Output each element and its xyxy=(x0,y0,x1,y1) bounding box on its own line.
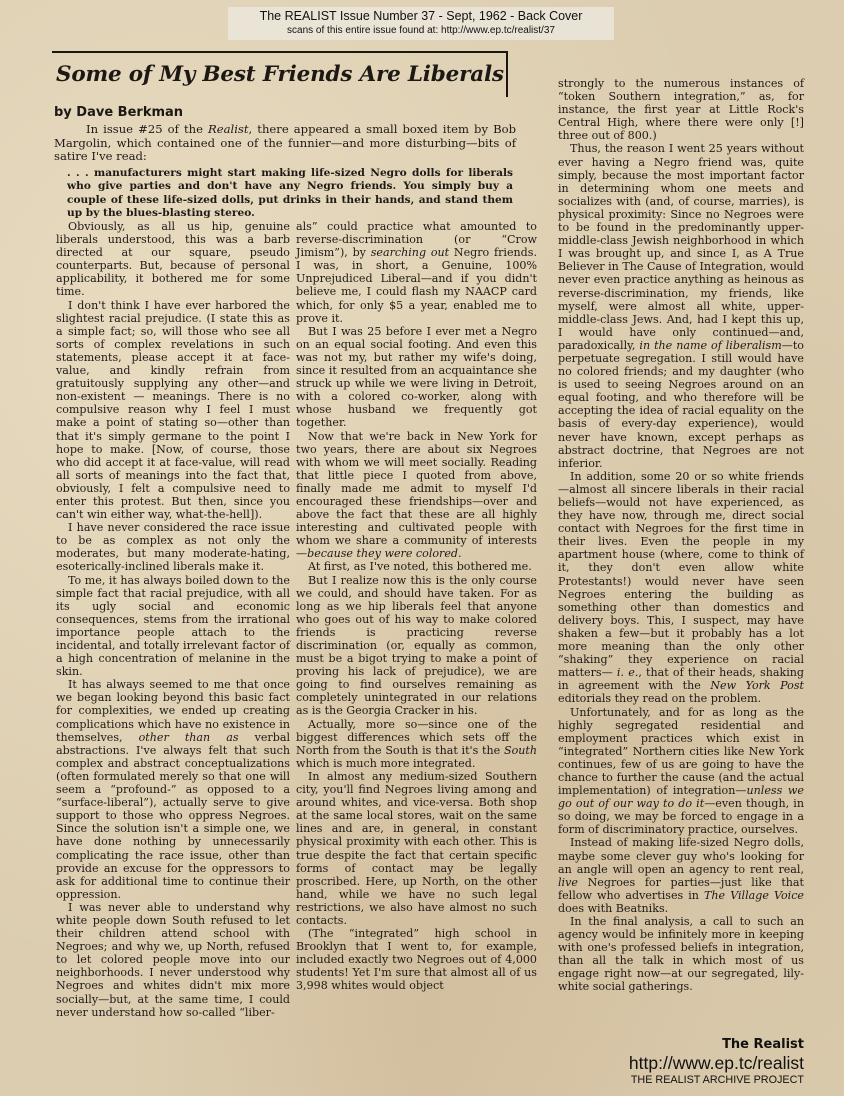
paragraph: In almost any medium-sized Southern city… xyxy=(296,770,537,927)
footer-project-label: THE REALIST ARCHIVE PROJECT xyxy=(629,1073,804,1087)
footer-brand: The Realist xyxy=(629,1037,804,1053)
article-intro: In issue #25 of the Realist, there appea… xyxy=(54,123,516,164)
paragraph: In the final analysis, a call to such an… xyxy=(558,915,804,994)
footer-url-link[interactable]: http://www.ep.tc/realist xyxy=(629,1053,804,1073)
paragraph: Now that we're back in New York for two … xyxy=(296,430,537,561)
column-1: Obviously, as all us hip, genuine libera… xyxy=(56,220,290,1019)
paragraph: I was never able to understand why white… xyxy=(56,901,290,1019)
archive-source-link[interactable]: scans of this entire issue found at: htt… xyxy=(228,24,614,37)
paragraph: But I was 25 before I ever met a Negro o… xyxy=(296,325,537,430)
block-quote: . . . manufacturers might start making l… xyxy=(67,167,513,220)
column-3: strongly to the numerous instances of “t… xyxy=(558,77,804,994)
paragraph: Instead of making life-sized Negro dolls… xyxy=(558,836,804,915)
paragraph: Unfortunately, and for as long as the hi… xyxy=(558,706,804,837)
paragraph: strongly to the numerous instances of “t… xyxy=(558,77,804,142)
paragraph: At first, as I've noted, this bothered m… xyxy=(296,560,537,573)
paragraph: But I realize now this is the only cours… xyxy=(296,574,537,718)
paragraph: In addition, some 20 or so white friends… xyxy=(558,470,804,706)
footer-credit: The Realist http://www.ep.tc/realist THE… xyxy=(629,1037,804,1087)
column-2: als” could practice what amounted to rev… xyxy=(296,220,537,993)
article-title: Some of My Best Friends Are Liberals xyxy=(56,62,504,87)
paragraph: Obviously, as all us hip, genuine libera… xyxy=(56,220,290,299)
paragraph: (The “integrated” high school in Brookly… xyxy=(296,927,537,992)
paragraph: To me, it has always boiled down to the … xyxy=(56,574,290,679)
article-byline: by Dave Berkman xyxy=(54,105,183,120)
archive-issue-label: The REALIST Issue Number 37 - Sept, 1962… xyxy=(228,7,614,24)
paragraph: I have never considered the race issue t… xyxy=(56,521,290,573)
paragraph: It has always seemed to me that once we … xyxy=(56,678,290,901)
paragraph: Thus, the reason I went 25 years without… xyxy=(558,142,804,469)
intro-paragraph: In issue #25 of the Realist, there appea… xyxy=(54,123,516,164)
paragraph: I don't think I have ever harbored the s… xyxy=(56,299,290,522)
paragraph: Actually, more so—since one of the bigge… xyxy=(296,718,537,770)
archive-banner: The REALIST Issue Number 37 - Sept, 1962… xyxy=(228,7,614,40)
paragraph: als” could practice what amounted to rev… xyxy=(296,220,537,325)
